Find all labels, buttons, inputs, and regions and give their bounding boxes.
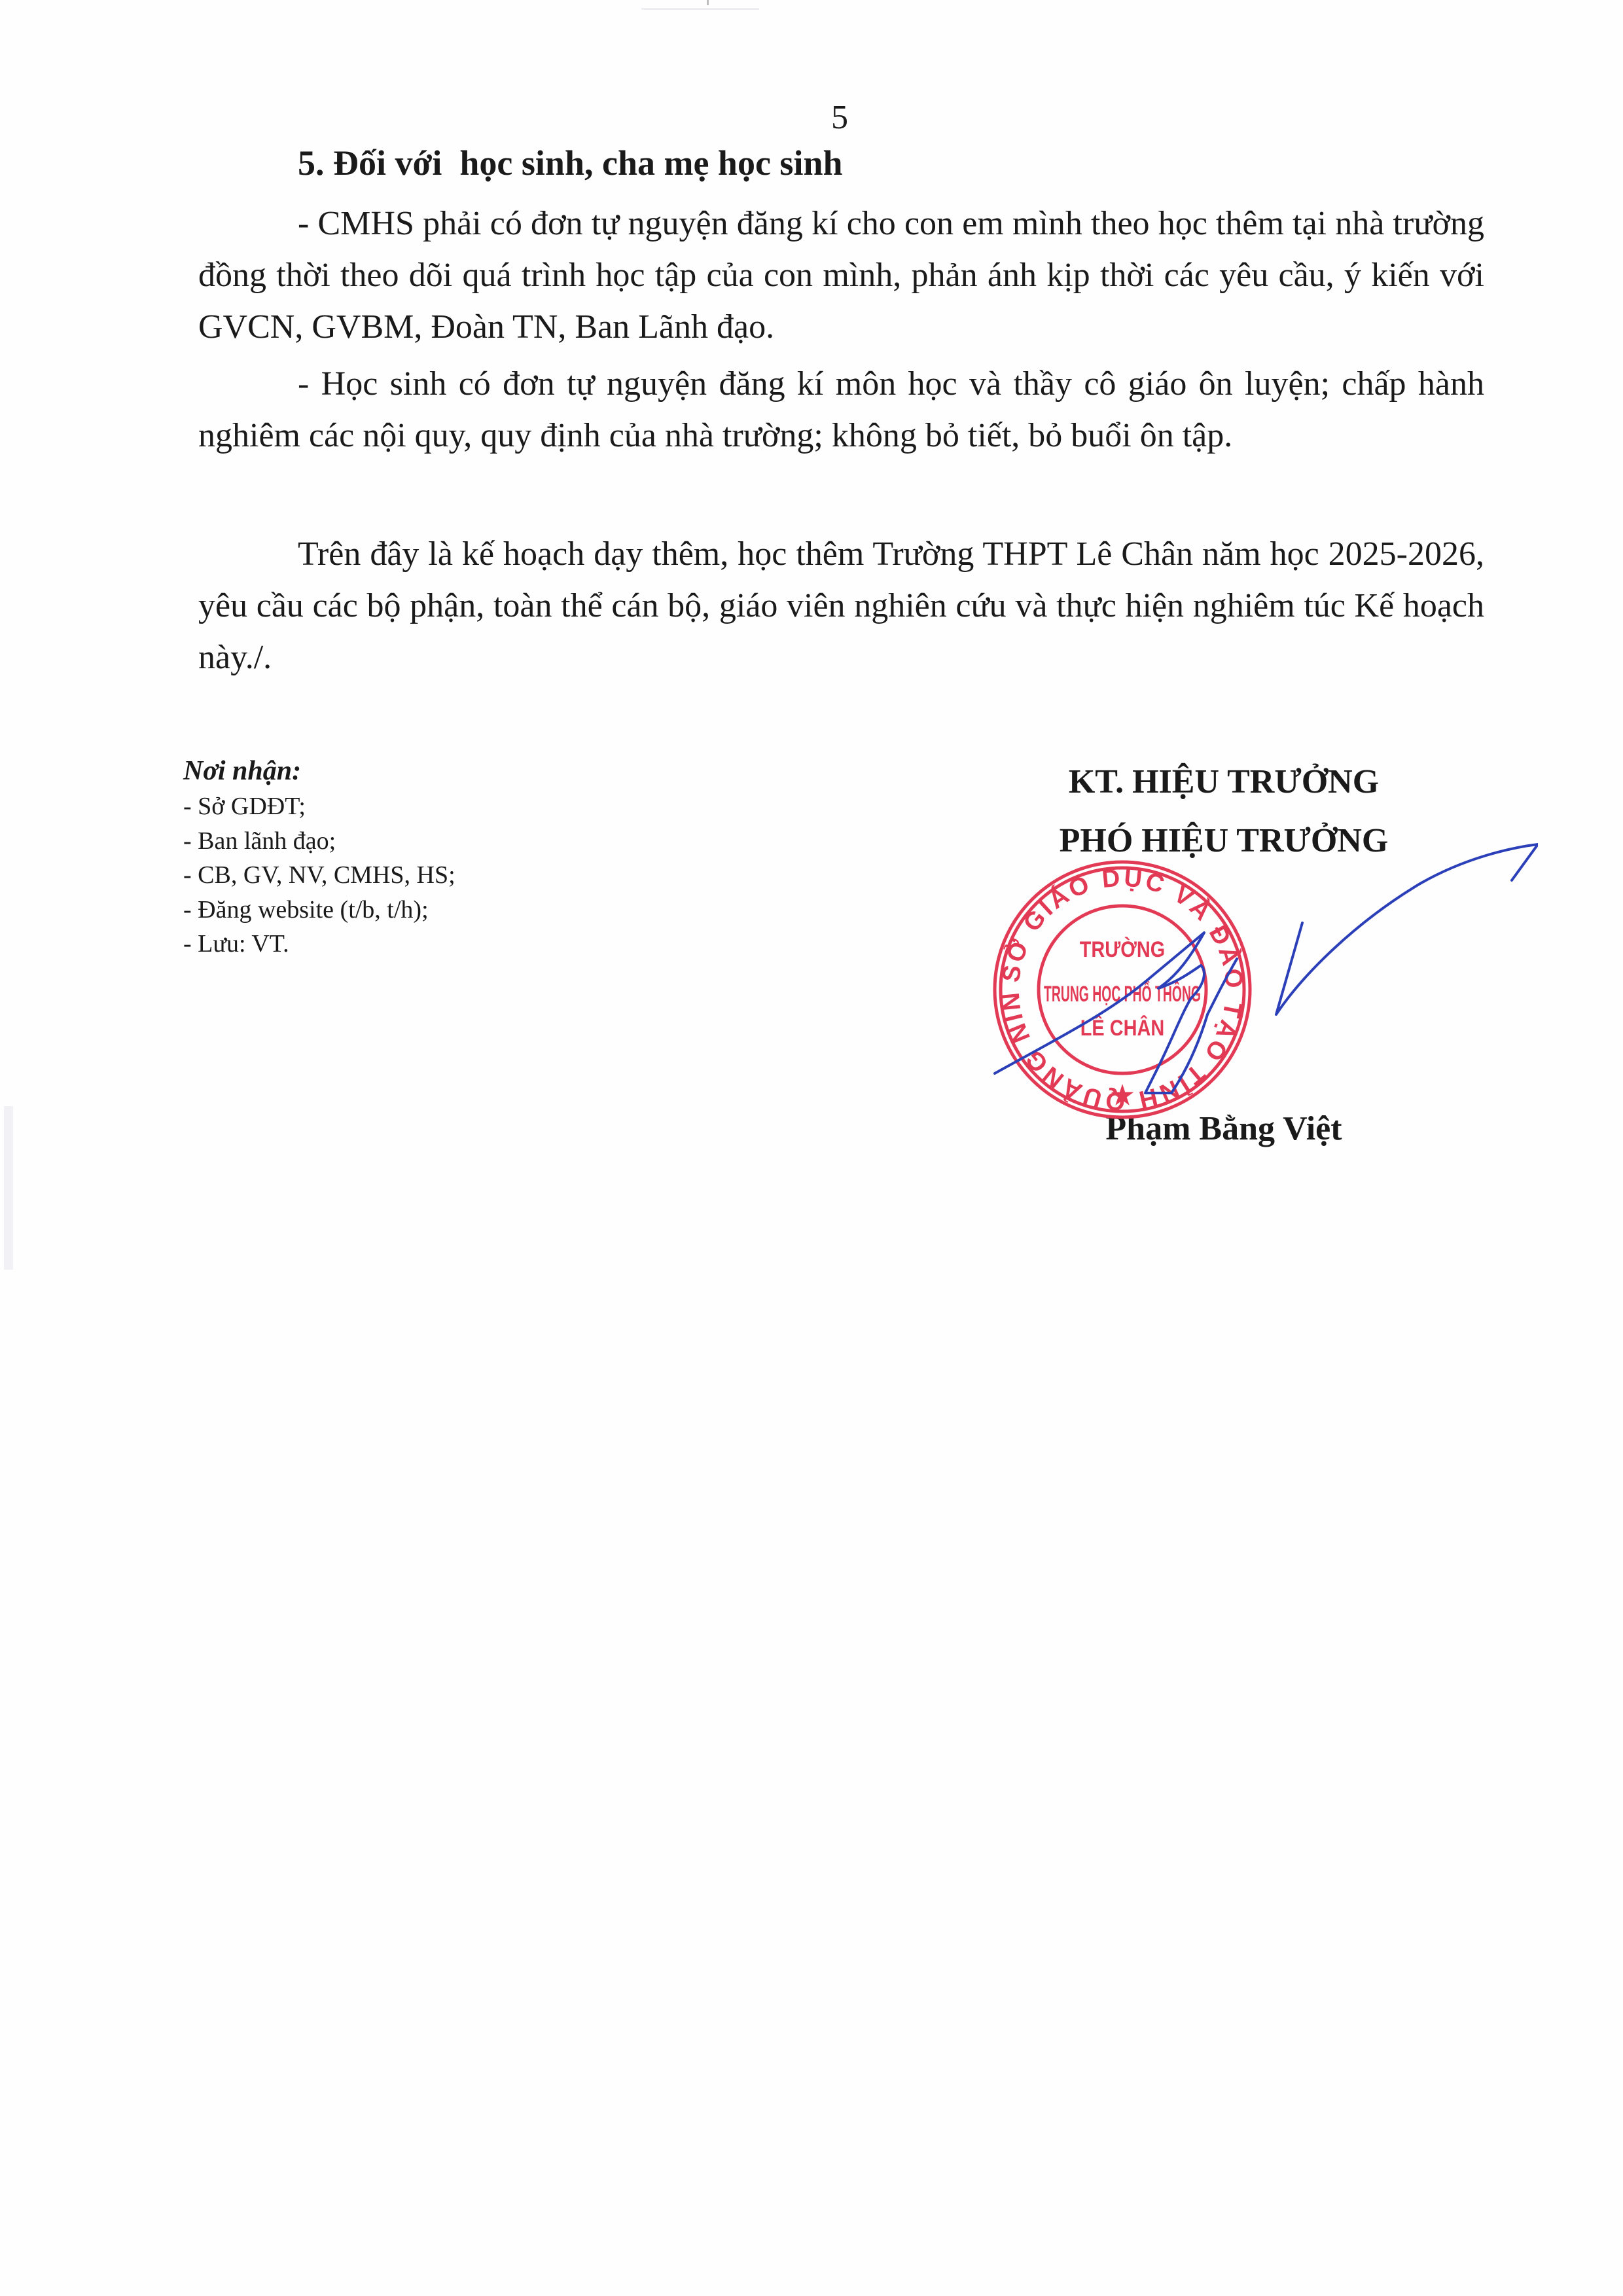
paragraph-parents: - CMHS phải có đơn tự nguyện đăng kí cho… [198,198,1484,353]
recipients-block: Nơi nhận: - Sở GDĐT; - Ban lãnh đạo; - C… [183,753,455,961]
recipient-item: - Đăng website (t/b, t/h); [183,893,455,927]
handwritten-signature [949,818,1538,1132]
section-heading: 5. Đối với học sinh, cha mẹ học sinh [298,143,843,183]
recipient-item: - Sở GDĐT; [183,789,455,824]
scan-artifact [4,1106,13,1270]
page-number: 5 [0,98,1623,137]
recipient-item: - Lưu: VT. [183,927,455,961]
signer-role-line1: KT. HIỆU TRƯỞNG [949,753,1499,812]
paragraph-students: - Học sinh có đơn tự nguyện đăng kí môn … [198,358,1484,461]
scan-artifact [707,0,709,5]
recipients-title: Nơi nhận: [183,753,455,789]
closing-paragraph: Trên đây là kế hoạch dạy thêm, học thêm … [198,528,1484,683]
recipient-item: - Ban lãnh đạo; [183,824,455,859]
scan-artifact [641,8,759,10]
recipient-item: - CB, GV, NV, CMHS, HS; [183,858,455,893]
document-page: 5 5. Đối với học sinh, cha mẹ học sinh -… [0,0,1623,2296]
